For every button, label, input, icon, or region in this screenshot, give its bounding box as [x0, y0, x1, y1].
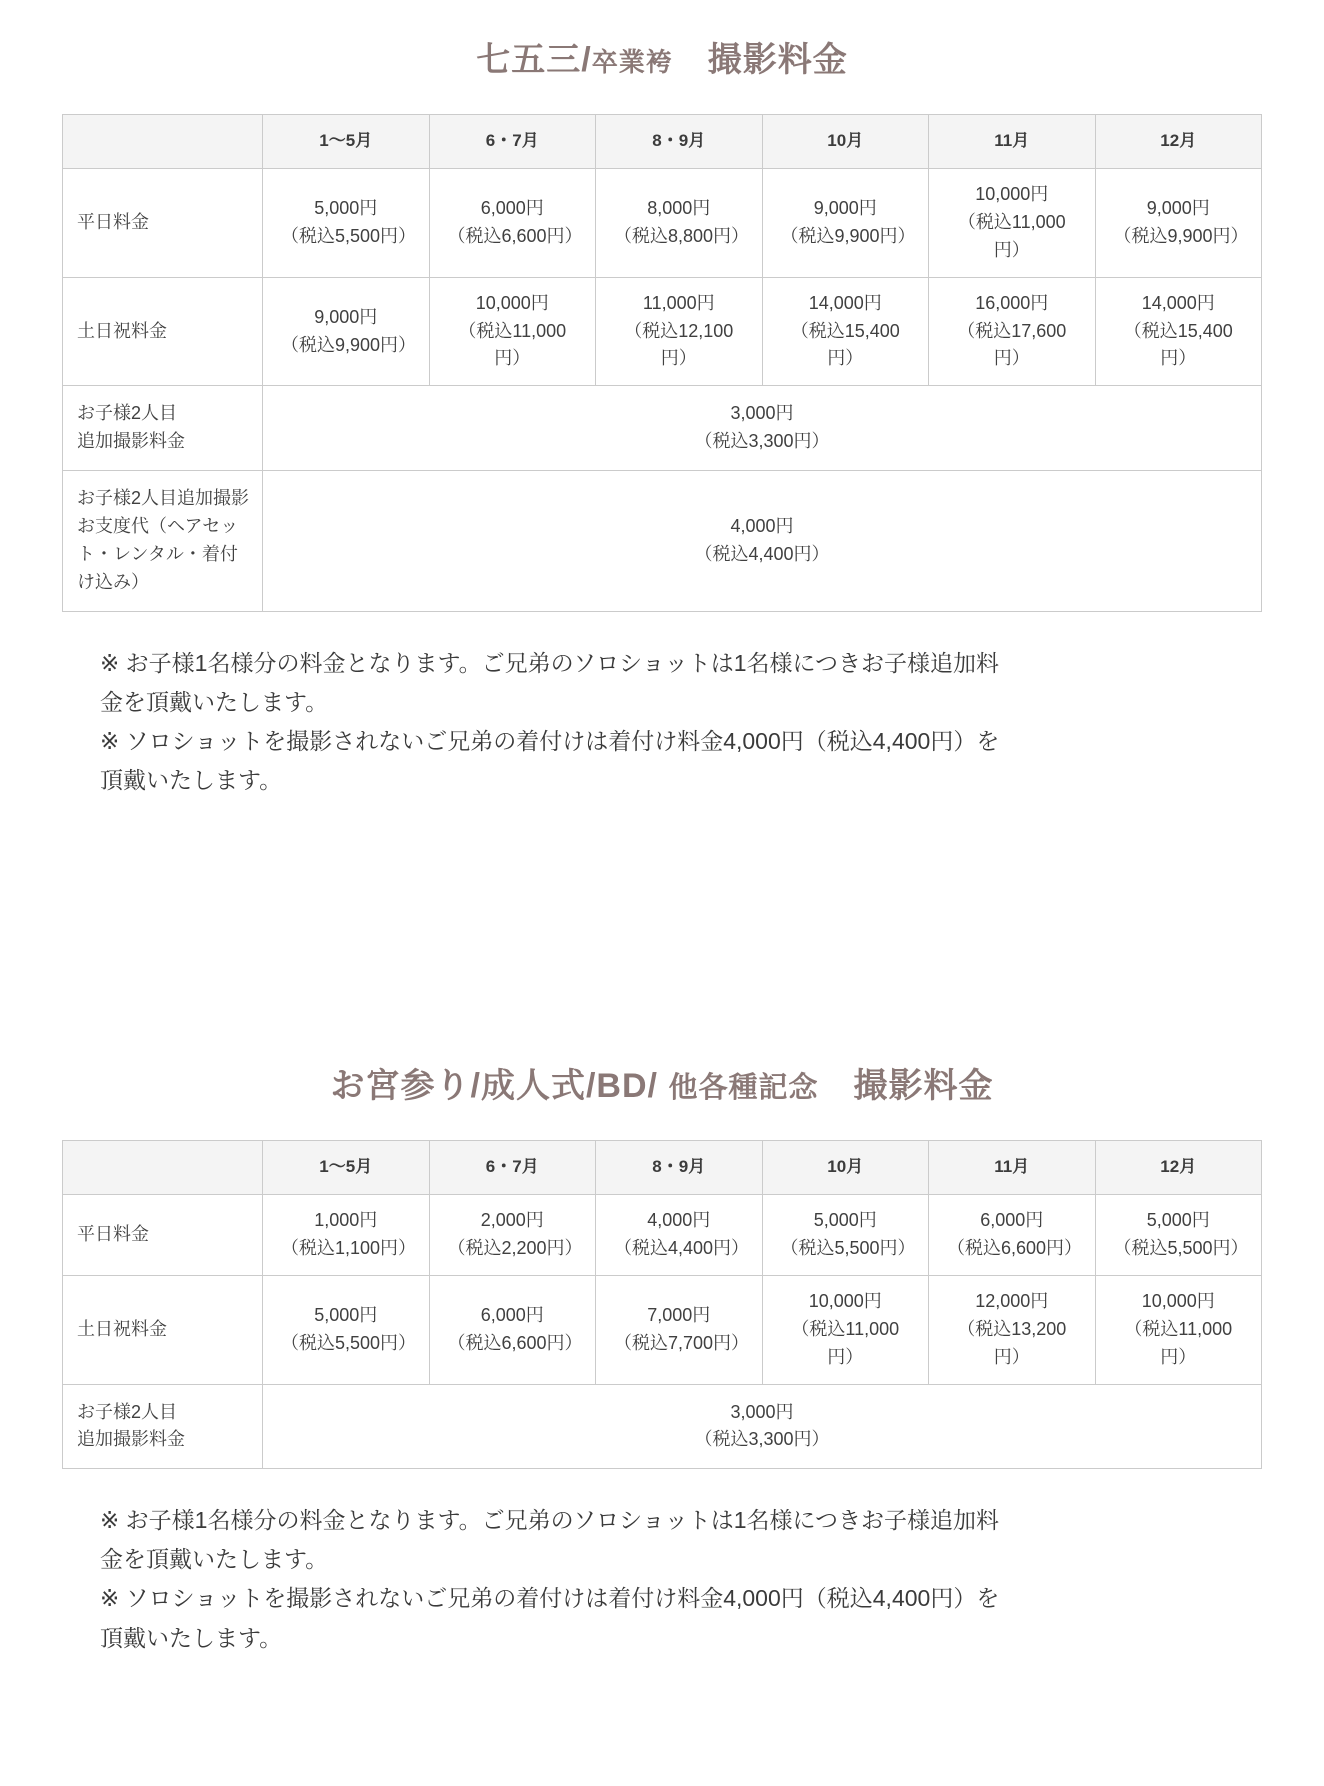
price-tax-included: （税込5,500円）	[781, 1235, 911, 1263]
merged-price-cell: 3,000円（税込3,300円）	[263, 1384, 1262, 1469]
price-tax-included: （税込5,500円）	[281, 223, 411, 251]
month-header: 8・9月	[596, 1141, 763, 1195]
price-tax-included: （税込11,000円）	[781, 1316, 911, 1372]
price-cell: 4,000円（税込4,400円）	[596, 1195, 763, 1276]
price-amount: 1,000円	[281, 1207, 411, 1235]
price-tax-included: （税込6,600円）	[448, 1330, 578, 1358]
price-tax-included: （税込15,400円）	[781, 318, 911, 374]
price-amount: 10,000円	[1114, 1288, 1244, 1316]
section1-title-main: 七五三/	[476, 41, 591, 79]
price-amount: 5,000円	[281, 1302, 411, 1330]
header-row: 1〜5月 6・7月 8・9月 10月 11月 12月	[63, 115, 1262, 169]
row-label-weekday: 平日料金	[63, 1195, 263, 1276]
price-amount: 11,000円	[614, 290, 744, 318]
table-row-weekday: 平日料金 1,000円（税込1,100円） 2,000円（税込2,200円） 4…	[63, 1195, 1262, 1276]
section2-title-suffix: 撮影料金	[818, 1067, 993, 1105]
price-amount: 5,000円	[781, 1207, 911, 1235]
section1-notes: ※ お子様1名様分の料金となります。ご兄弟のソロショットは1名様につきお子様追加…	[100, 644, 1020, 800]
price-amount: 5,000円	[1114, 1207, 1244, 1235]
table-row-second-child: お子様2人目 追加撮影料金 3,000円（税込3,300円）	[63, 1384, 1262, 1469]
price-tax-included: （税込5,500円）	[281, 1330, 411, 1358]
price-cell: 1,000円（税込1,100円）	[263, 1195, 430, 1276]
price-amount: 7,000円	[614, 1302, 744, 1330]
section2-notes: ※ お子様1名様分の料金となります。ご兄弟のソロショットは1名様につきお子様追加…	[100, 1501, 1020, 1657]
price-amount: 4,000円	[281, 513, 1243, 541]
price-tax-included: （税込11,000円）	[1114, 1316, 1244, 1372]
price-cell: 6,000円（税込6,600円）	[429, 1275, 596, 1384]
table-row-weekend: 土日祝料金 9,000円（税込9,900円） 10,000円（税込11,000円…	[63, 277, 1262, 386]
section2-title-main: お宮参り/成人式/BD/	[331, 1067, 669, 1105]
price-amount: 14,000円	[1114, 290, 1244, 318]
price-amount: 14,000円	[781, 290, 911, 318]
price-cell: 10,000円（税込11,000円）	[429, 277, 596, 386]
table-row-second-child: お子様2人目 追加撮影料金 3,000円（税込3,300円）	[63, 386, 1262, 471]
price-tax-included: （税込4,400円）	[281, 541, 1243, 569]
price-cell: 9,000円（税込9,900円）	[263, 277, 430, 386]
price-cell: 7,000円（税込7,700円）	[596, 1275, 763, 1384]
price-amount: 9,000円	[281, 304, 411, 332]
price-tax-included: （税込4,400円）	[614, 1235, 744, 1263]
price-tax-included: （税込13,200円）	[947, 1316, 1077, 1372]
month-header: 12月	[1095, 1141, 1262, 1195]
price-cell: 2,000円（税込2,200円）	[429, 1195, 596, 1276]
price-cell: 12,000円（税込13,200円）	[929, 1275, 1096, 1384]
month-header: 1〜5月	[263, 1141, 430, 1195]
note: ※ お子様1名様分の料金となります。ご兄弟のソロショットは1名様につきお子様追加…	[100, 1501, 1020, 1579]
price-cell: 5,000円（税込5,500円）	[1095, 1195, 1262, 1276]
month-header: 10月	[762, 1141, 929, 1195]
price-tax-included: （税込11,000円）	[448, 318, 578, 374]
page: 七五三/卒業袴 撮影料金 1〜5月 6・7月 8・9月 10月 11月 12月 …	[0, 0, 1324, 1658]
price-tax-included: （税込7,700円）	[614, 1330, 744, 1358]
month-header: 1〜5月	[263, 115, 430, 169]
row-label-weekday: 平日料金	[63, 169, 263, 278]
month-header: 12月	[1095, 115, 1262, 169]
price-amount: 2,000円	[448, 1207, 578, 1235]
row-label-second-child: お子様2人目 追加撮影料金	[63, 1384, 263, 1469]
price-tax-included: （税込6,600円）	[448, 223, 578, 251]
price-tax-included: （税込17,600円）	[947, 318, 1077, 374]
price-cell: 16,000円（税込17,600円）	[929, 277, 1096, 386]
month-header: 8・9月	[596, 115, 763, 169]
price-tax-included: （税込1,100円）	[281, 1235, 411, 1263]
section2-title-sub: 他各種記念	[668, 1072, 818, 1104]
price-cell: 5,000円（税込5,500円）	[263, 169, 430, 278]
row-label-weekend: 土日祝料金	[63, 1275, 263, 1384]
price-amount: 5,000円	[281, 195, 411, 223]
price-tax-included: （税込3,300円）	[281, 428, 1243, 456]
price-cell: 5,000円（税込5,500円）	[263, 1275, 430, 1384]
header-row: 1〜5月 6・7月 8・9月 10月 11月 12月	[63, 1141, 1262, 1195]
price-amount: 3,000円	[281, 1399, 1243, 1427]
price-tax-included: （税込11,000円）	[947, 209, 1077, 265]
empty-header-cell	[63, 1141, 263, 1195]
price-cell: 6,000円（税込6,600円）	[929, 1195, 1096, 1276]
price-amount: 3,000円	[281, 400, 1243, 428]
price-cell: 6,000円（税込6,600円）	[429, 169, 596, 278]
empty-header-cell	[63, 115, 263, 169]
table-row-preparation: お子様2人目追加撮影 お支度代（ヘアセット・レンタル・着付け込み） 4,000円…	[63, 471, 1262, 612]
price-amount: 8,000円	[614, 195, 744, 223]
price-tax-included: （税込15,400円）	[1114, 318, 1244, 374]
price-amount: 9,000円	[781, 195, 911, 223]
price-tax-included: （税込5,500円）	[1114, 1235, 1244, 1263]
price-cell: 14,000円（税込15,400円）	[1095, 277, 1262, 386]
price-tax-included: （税込9,900円）	[781, 223, 911, 251]
note: ※ お子様1名様分の料金となります。ご兄弟のソロショットは1名様につきお子様追加…	[100, 644, 1020, 722]
section1-title-suffix: 撮影料金	[673, 41, 848, 79]
month-header: 6・7月	[429, 1141, 596, 1195]
price-cell: 8,000円（税込8,800円）	[596, 169, 763, 278]
price-tax-included: （税込12,100円）	[614, 318, 744, 374]
price-amount: 4,000円	[614, 1207, 744, 1235]
price-tax-included: （税込9,900円）	[281, 332, 411, 360]
row-label-second-child: お子様2人目 追加撮影料金	[63, 386, 263, 471]
price-tax-included: （税込3,300円）	[281, 1426, 1243, 1454]
table-row-weekend: 土日祝料金 5,000円（税込5,500円） 6,000円（税込6,600円） …	[63, 1275, 1262, 1384]
section1-title-sub: 卒業袴	[592, 47, 673, 77]
price-tax-included: （税込2,200円）	[448, 1235, 578, 1263]
merged-price-cell: 3,000円（税込3,300円）	[263, 386, 1262, 471]
section1-title: 七五三/卒業袴 撮影料金	[0, 38, 1324, 84]
price-tax-included: （税込6,600円）	[947, 1235, 1077, 1263]
note: ※ ソロショットを撮影されないご兄弟の着付けは着付け料金4,000円（税込4,4…	[100, 722, 1020, 800]
price-amount: 6,000円	[947, 1207, 1077, 1235]
price-amount: 12,000円	[947, 1288, 1077, 1316]
price-cell: 10,000円（税込11,000円）	[762, 1275, 929, 1384]
price-amount: 10,000円	[781, 1288, 911, 1316]
note: ※ ソロショットを撮影されないご兄弟の着付けは着付け料金4,000円（税込4,4…	[100, 1579, 1020, 1657]
merged-price-cell: 4,000円（税込4,400円）	[263, 471, 1262, 612]
price-cell: 9,000円（税込9,900円）	[762, 169, 929, 278]
price-cell: 14,000円（税込15,400円）	[762, 277, 929, 386]
month-header: 11月	[929, 1141, 1096, 1195]
price-tax-included: （税込8,800円）	[614, 223, 744, 251]
row-label-weekend: 土日祝料金	[63, 277, 263, 386]
table-row-weekday: 平日料金 5,000円（税込5,500円） 6,000円（税込6,600円） 8…	[63, 169, 1262, 278]
row-label-preparation: お子様2人目追加撮影 お支度代（ヘアセット・レンタル・着付け込み）	[63, 471, 263, 612]
price-amount: 6,000円	[448, 1302, 578, 1330]
price-amount: 16,000円	[947, 290, 1077, 318]
month-header: 6・7月	[429, 115, 596, 169]
price-cell: 10,000円（税込11,000円）	[929, 169, 1096, 278]
month-header: 10月	[762, 115, 929, 169]
price-cell: 11,000円（税込12,100円）	[596, 277, 763, 386]
price-amount: 9,000円	[1114, 195, 1244, 223]
price-cell: 5,000円（税込5,500円）	[762, 1195, 929, 1276]
price-amount: 10,000円	[947, 181, 1077, 209]
price-tax-included: （税込9,900円）	[1114, 223, 1244, 251]
month-header: 11月	[929, 115, 1096, 169]
section2-title: お宮参り/成人式/BD/ 他各種記念 撮影料金	[0, 1064, 1324, 1110]
price-cell: 10,000円（税込11,000円）	[1095, 1275, 1262, 1384]
price-amount: 10,000円	[448, 290, 578, 318]
pricing-table-753: 1〜5月 6・7月 8・9月 10月 11月 12月 平日料金 5,000円（税…	[62, 114, 1262, 612]
price-cell: 9,000円（税込9,900円）	[1095, 169, 1262, 278]
price-amount: 6,000円	[448, 195, 578, 223]
pricing-table-omiyamairi: 1〜5月 6・7月 8・9月 10月 11月 12月 平日料金 1,000円（税…	[62, 1140, 1262, 1469]
